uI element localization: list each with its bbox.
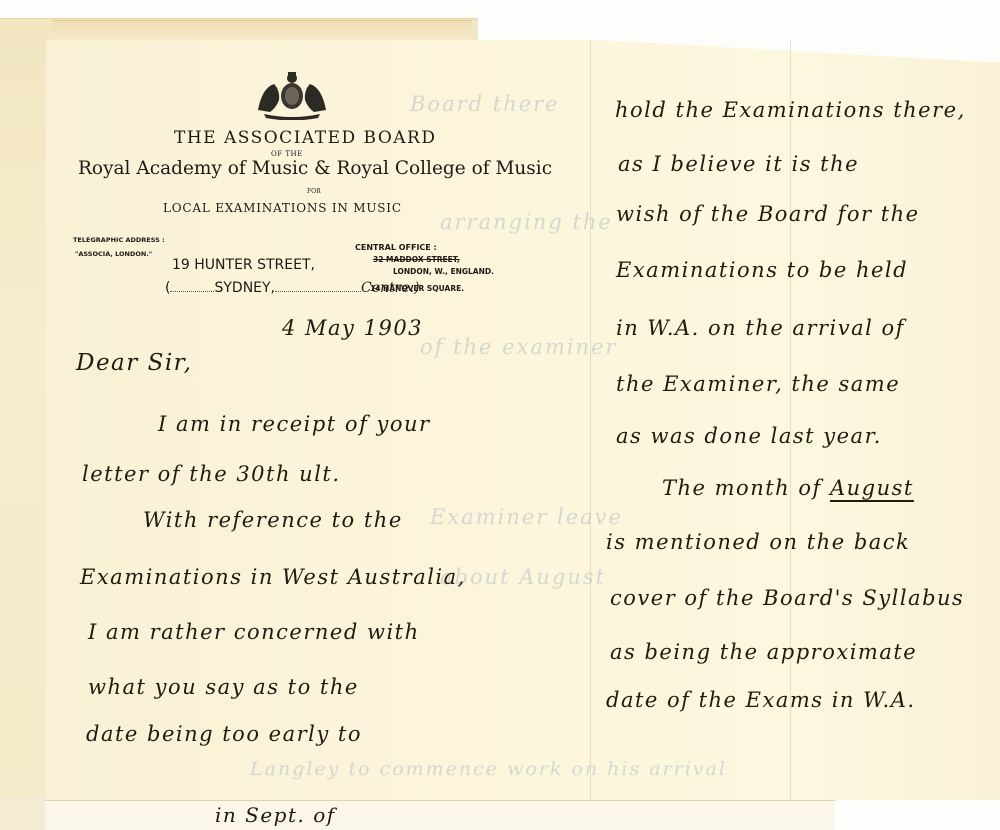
bleed-through-text: Board there [410,92,560,116]
bleed-through-text: of the examiner [420,335,618,359]
letter-line: I am rather concerned with [88,620,420,644]
letter-line: Examinations in West Australia, [80,565,466,589]
bleed-through-bottom-line: Langley to commence work on his arrival [250,758,727,780]
letterhead-title: THE ASSOCIATED BOARD [174,128,437,148]
letter-line: as I believe it is the [618,152,859,176]
letterhead-institutions: Royal Academy of Music & Royal College o… [78,158,552,179]
letter-line: as being the approximate [610,640,917,664]
letter-line: what you say as to the [88,675,359,699]
letter-date: 4 May 1903 [282,316,423,340]
dot-leader [170,291,214,292]
telegraphic-address-value: "ASSOCIA, LONDON." [75,250,152,258]
dot-leader [275,291,361,292]
letter-line: hold the Examinations there, [615,98,966,122]
letter-line: as was done last year. [616,424,882,448]
paren-open: ( [165,280,170,296]
letterhead-purpose: LOCAL EXAMINATIONS IN MUSIC [163,201,402,215]
letter-line: cover of the Board's Syllabus [610,586,964,610]
letter-line: wish of the Board for the [616,202,920,226]
back-sheet-top-fold [52,20,472,43]
telegraphic-address-label: TELEGRAPHIC ADDRESS : [73,236,165,244]
letter-line-text: The month of [662,476,830,500]
central-office-city: LONDON, W., ENGLAND. [393,267,494,276]
underlined-august: August [830,476,914,500]
letter-line: the Examiner, the same [616,372,900,396]
letter-salutation: Dear Sir, [76,350,192,376]
bleed-through-text: arranging the [440,210,613,234]
letter-line: date being too early to [86,722,362,746]
central-office-new-address: 14 HANOVER SQUARE. [370,284,464,293]
bleed-through-text: Examiner leave [430,505,623,529]
letter-line: With reference to the [143,508,403,532]
center-fold-line [590,40,591,800]
bottom-sheet-partial-text: in Sept. of [215,803,336,827]
letter-line: letter of the 30th ult. [82,462,341,486]
letterhead-of-the: OF THE [271,150,303,158]
letter-line: date of the Exams in W.A. [606,688,916,712]
bottom-sheet-left-edge [0,795,48,830]
central-office-struck-address: 32 MADDOX STREET, [373,255,460,264]
letter-line: in W.A. on the arrival of [616,316,905,340]
letter-line: Examinations to be held [616,258,908,282]
local-address-city-name: SYDNEY, [214,280,275,296]
local-address-street: 19 HUNTER STREET, [172,257,315,273]
central-office-label: CENTRAL OFFICE : [355,243,437,252]
letter-line-august: The month of August [662,476,914,500]
letter-line: I am in receipt of your [158,412,431,436]
letterhead-for: FOR [307,188,321,195]
bottom-sheet: in Sept. of [45,800,835,830]
royal-crest-icon [252,70,332,120]
letter-line: is mentioned on the back [606,530,910,554]
